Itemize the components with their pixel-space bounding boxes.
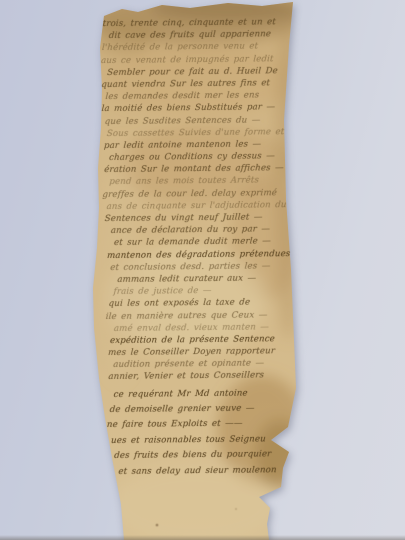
photo-background: trois, trente cinq, cinquante et un et d… (0, 0, 405, 540)
manuscript-line: ne faire tous Exploits et —— (106, 416, 297, 433)
manuscript-line: et sans delay aud sieur moulenon (118, 463, 298, 480)
manuscript-text: trois, trente cinq, cinquante et un et d… (101, 16, 298, 480)
manuscript-line: des fruits des biens du pourquier (114, 447, 298, 464)
manuscript-line: annier, Venier et tous Conseillers (108, 369, 297, 383)
